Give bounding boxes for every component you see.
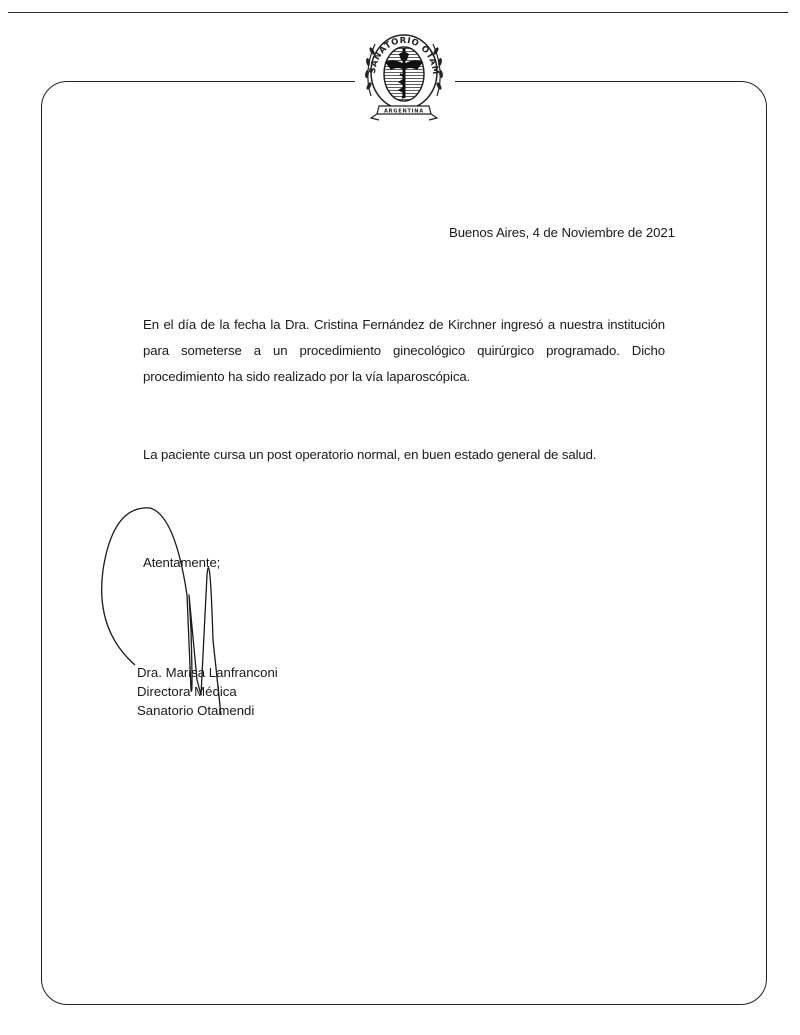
signature-block: Dra. Marisa Lanfranconi Directora Médica… bbox=[137, 663, 278, 720]
caduceus-emblem-icon: SANATORIO OTAMENDI ARGENTINA bbox=[361, 26, 447, 128]
closing-salutation: Atentamente; bbox=[143, 550, 220, 576]
svg-text:ARGENTINA: ARGENTINA bbox=[384, 109, 424, 115]
signatory-title: Directora Médica bbox=[137, 682, 278, 701]
body-paragraph-status: La paciente cursa un post operatorio nor… bbox=[143, 442, 596, 468]
signatory-name: Dra. Marisa Lanfranconi bbox=[137, 663, 278, 682]
top-rule bbox=[8, 12, 788, 13]
letter-date: Buenos Aires, 4 de Noviembre de 2021 bbox=[449, 220, 675, 246]
sanatorio-otamendi-logo: SANATORIO OTAMENDI ARGENTINA bbox=[361, 26, 447, 128]
body-paragraph-procedure: En el día de la fecha la Dra. Cristina F… bbox=[143, 312, 665, 390]
signatory-institution: Sanatorio Otamendi bbox=[137, 701, 278, 720]
